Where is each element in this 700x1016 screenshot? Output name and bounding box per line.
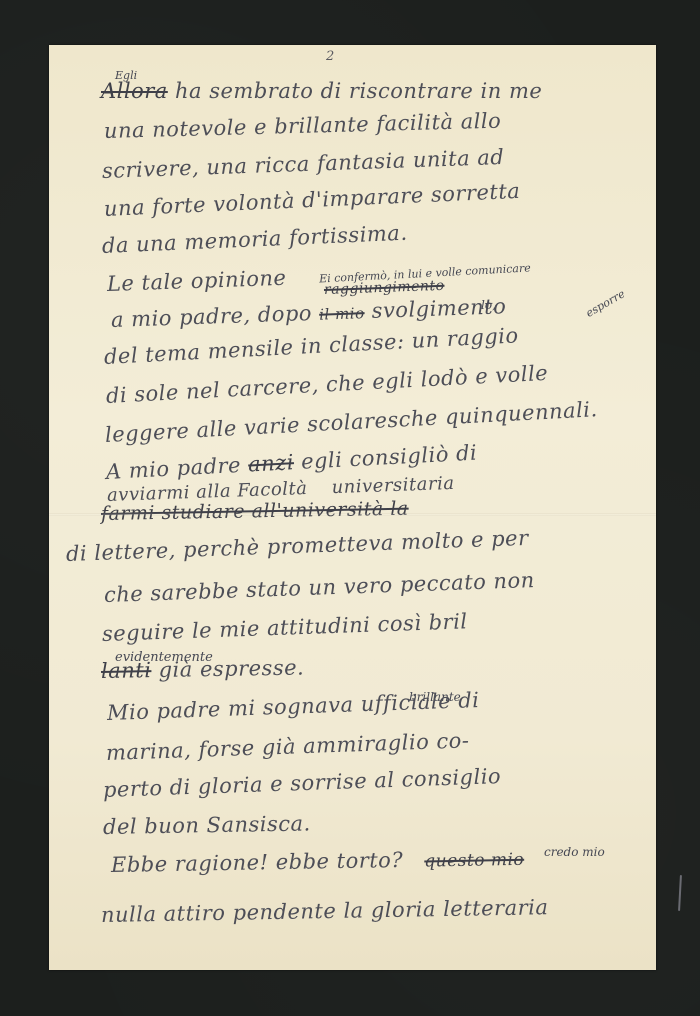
insertion-universitaria: universitaria (331, 473, 455, 498)
manuscript-line-17: Mio padre mi sognava ufficiale di (107, 688, 480, 725)
manuscript-line-10: leggere alle varie scolaresche quinquenn… (104, 397, 598, 447)
manuscript-line-22: nulla attiro pendente la gloria letterar… (101, 895, 549, 927)
manuscript-line-1: Allora ha sembrato di riscontrare in me (101, 79, 542, 103)
manuscript-line-13: di lettere, perchè prometteva molto e pe… (66, 526, 529, 566)
struck-word: lanti (101, 658, 152, 683)
line-tail: egli consigliò di (300, 441, 477, 474)
struck-line: farmi studiare all'università la (101, 498, 409, 525)
struck-word: Allora (101, 79, 168, 103)
line-text: Ebbe ragione! ebbe torto? (111, 848, 403, 877)
struck-word: il mio (319, 304, 365, 324)
page-number: 2 (326, 49, 334, 64)
manuscript-line-15: seguire le mie attitudini così bril (102, 609, 468, 646)
manuscript-line-6: Le tale opinione (107, 266, 287, 296)
manuscript-line-9: di sole nel carcere, che egli lodò e vol… (105, 361, 548, 408)
line-text: A mio padre (105, 453, 241, 484)
margin-mark (678, 875, 682, 911)
insertion-credo-mio: credo mio (544, 845, 605, 859)
line-text: ha sembrato di riscontrare in me (175, 79, 542, 103)
manuscript-line-20: del buon Sansisca. (103, 811, 311, 839)
line-text: già espresse. (158, 655, 304, 682)
manuscript-line-4: una forte volontà d'imparare sorretta (103, 179, 520, 221)
manuscript-line-5: da una memoria fortissima. (101, 221, 407, 258)
manuscript-line-8: del tema mensile in classe: un raggio (103, 323, 519, 369)
struck-word: anzi (248, 450, 295, 476)
manuscript-line-14: che sarebbe stato un vero peccato non (104, 568, 535, 607)
line-text: Le tale opinione (107, 266, 287, 296)
struck-raggiungimento: raggiungimento (324, 278, 445, 298)
manuscript-line-16: lanti già espresse. (101, 655, 305, 683)
manuscript-line-18: marina, forse già ammiraglio co- (106, 728, 470, 765)
line-text: a mio padre, dopo (111, 301, 313, 332)
manuscript-page: 2 Egli Allora ha sembrato di riscontrare… (49, 45, 656, 970)
struck-word: questo mio (424, 850, 524, 872)
manuscript-line-3: scrivere, una ricca fantasia unita ad (102, 145, 505, 183)
margin-insertion-esporre: esporre (584, 287, 628, 320)
manuscript-line-19: perto di gloria e sorrise al consiglio (103, 764, 502, 802)
manuscript-line-2: una notevole e brillante facilità allo (104, 109, 502, 143)
insertion-lo: lo, (481, 298, 496, 312)
manuscript-line-21: Ebbe ragione! ebbe torto? questo mio (111, 846, 525, 877)
